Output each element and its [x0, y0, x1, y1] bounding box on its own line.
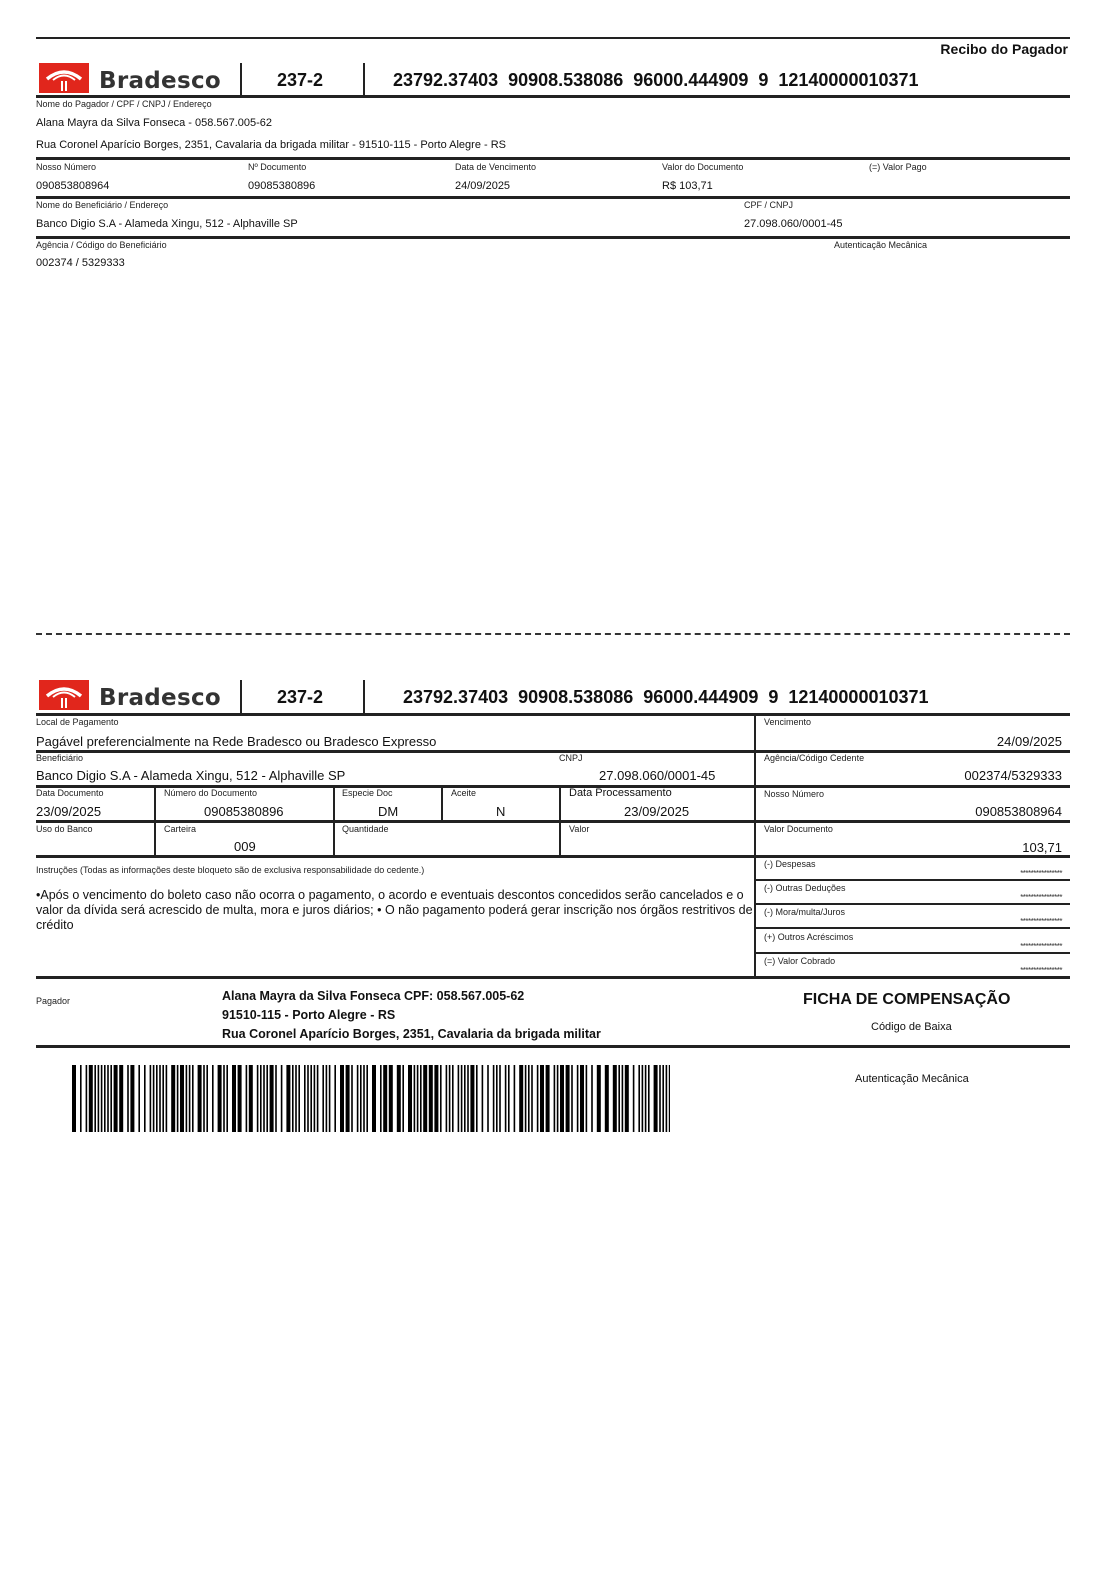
side-field-value: ****************	[1020, 893, 1062, 902]
especie-doc: DM	[378, 804, 398, 819]
numero-documento: 09085380896	[204, 804, 284, 819]
side-field-label: (-) Despesas	[764, 859, 816, 869]
header-rule	[36, 713, 1070, 716]
uso-banco-label: Uso do Banco	[36, 824, 93, 834]
digitable-line[interactable]: 23792.37403 90908.538086 96000.444909 9 …	[393, 70, 919, 91]
data-documento: 23/09/2025	[36, 804, 101, 819]
rule	[36, 236, 1070, 239]
rule	[36, 820, 1070, 823]
side-field-value: ****************	[1020, 942, 1062, 951]
ficha-title: FICHA DE COMPENSAÇÃO	[803, 991, 1010, 1009]
agencia: 002374 / 5329333	[36, 257, 125, 269]
payer-label: Nome do Pagador / CPF / CNPJ / Endereço	[36, 99, 212, 109]
side-field-value: ****************	[1020, 966, 1062, 975]
instrucoes-label: Instruções (Todas as informações deste b…	[36, 865, 424, 875]
header-rule	[36, 95, 1070, 98]
nosso-numero: 090853808964	[975, 804, 1062, 819]
vencimento-label: Vencimento	[764, 717, 811, 727]
payer-name: Alana Mayra da Silva Fonseca - 058.567.0…	[36, 117, 272, 129]
quantidade-label: Quantidade	[342, 824, 389, 834]
rule	[36, 196, 1070, 199]
bradesco-logo-icon	[39, 680, 89, 710]
rule	[36, 750, 1070, 753]
divider	[240, 680, 242, 713]
numero-documento-label: Número do Documento	[164, 788, 257, 798]
beneficiario-label: Nome do Beneficiário / Endereço	[36, 200, 168, 210]
vencimento: 24/09/2025	[455, 180, 510, 192]
pagador-line3: Rua Coronel Aparício Borges, 2351, Caval…	[222, 1027, 601, 1041]
cnpj-label: CNPJ	[559, 753, 583, 763]
carteira: 009	[234, 839, 256, 854]
bank-name: Bradesco	[99, 69, 221, 93]
valor-pago-label: (=) Valor Pago	[869, 162, 927, 172]
aceite: N	[496, 804, 505, 819]
bank-logo: Bradesco	[39, 63, 221, 93]
divider	[363, 680, 365, 713]
nosso-numero-label: Nosso Número	[36, 162, 96, 172]
data-processamento: 23/09/2025	[624, 804, 689, 819]
beneficiario: Banco Digio S.A - Alameda Xingu, 512 - A…	[36, 218, 298, 230]
cpf-cnpj-label: CPF / CNPJ	[744, 200, 793, 210]
pagador-label: Pagador	[36, 996, 70, 1006]
divider	[363, 63, 365, 96]
beneficiario-label: Beneficiário	[36, 753, 83, 763]
agencia: 002374/5329333	[964, 768, 1062, 783]
aceite-label: Aceite	[451, 788, 476, 798]
local-pagamento: Pagável preferencialmente na Rede Brades…	[36, 734, 436, 749]
cpf-cnpj: 27.098.060/0001-45	[744, 218, 842, 230]
vencimento: 24/09/2025	[997, 734, 1062, 749]
bank-name: Bradesco	[99, 686, 221, 710]
valor-documento: 103,71	[1022, 840, 1062, 855]
bank-code: 237-2	[277, 70, 323, 91]
n-documento: 09085380896	[248, 180, 315, 192]
bank-code: 237-2	[277, 687, 323, 708]
valor-label: Valor	[569, 824, 589, 834]
rule	[755, 927, 1070, 929]
rule	[36, 855, 1070, 858]
vencimento-label: Data de Vencimento	[455, 162, 536, 172]
bradesco-logo-icon	[39, 63, 89, 93]
divider	[441, 786, 443, 821]
rule	[755, 903, 1070, 905]
cnpj: 27.098.060/0001-45	[599, 768, 715, 783]
n-documento-label: Nº Documento	[248, 162, 306, 172]
local-pagamento-label: Local de Pagamento	[36, 717, 119, 727]
rule	[755, 952, 1070, 954]
data-processamento-label: Data Processamento	[569, 787, 672, 799]
data-documento-label: Data Documento	[36, 788, 104, 798]
instrucoes-text: •Após o vencimento do boleto caso não oc…	[36, 888, 756, 933]
digitable-line[interactable]: 23792.37403 90908.538086 96000.444909 9 …	[403, 687, 929, 708]
divider	[240, 63, 242, 96]
valor-documento-label: Valor Documento	[764, 824, 833, 834]
rule	[755, 879, 1070, 881]
top-border	[36, 37, 1070, 39]
nosso-numero-label: Nosso Número	[764, 789, 824, 799]
nosso-numero: 090853808964	[36, 180, 109, 192]
autenticacao-label: Autenticação Mecânica	[834, 240, 927, 250]
side-field-label: (+) Outros Acréscimos	[764, 932, 853, 942]
cut-line	[36, 633, 1070, 635]
valor-documento: R$ 103,71	[662, 180, 713, 192]
especie-doc-label: Especie Doc	[342, 788, 393, 798]
pagador-line2: 91510-115 - Porto Alegre - RS	[222, 1008, 395, 1022]
side-field-label: (-) Outras Deduções	[764, 883, 846, 893]
rule	[36, 976, 1070, 979]
payer-address: Rua Coronel Aparício Borges, 2351, Caval…	[36, 139, 506, 151]
side-field-value: ****************	[1020, 869, 1062, 878]
carteira-label: Carteira	[164, 824, 196, 834]
codigo-baixa: Código de Baixa	[871, 1021, 952, 1033]
pagador-line1: Alana Mayra da Silva Fonseca CPF: 058.56…	[222, 989, 524, 1003]
barcode-icon	[72, 1065, 670, 1132]
autenticacao-label: Autenticação Mecânica	[855, 1073, 969, 1085]
agencia-label: Agência / Código do Beneficiário	[36, 240, 167, 250]
rule	[36, 1045, 1070, 1048]
bank-logo: Bradesco	[39, 680, 221, 710]
side-field-value: ****************	[1020, 917, 1062, 926]
side-field-label: (=) Valor Cobrado	[764, 956, 835, 966]
valor-documento-label: Valor do Documento	[662, 162, 743, 172]
receipt-title: Recibo do Pagador	[940, 41, 1068, 57]
side-field-label: (-) Mora/multa/Juros	[764, 907, 845, 917]
rule	[36, 157, 1070, 160]
agencia-label: Agência/Código Cedente	[764, 753, 864, 763]
beneficiario: Banco Digio S.A - Alameda Xingu, 512 - A…	[36, 768, 345, 783]
